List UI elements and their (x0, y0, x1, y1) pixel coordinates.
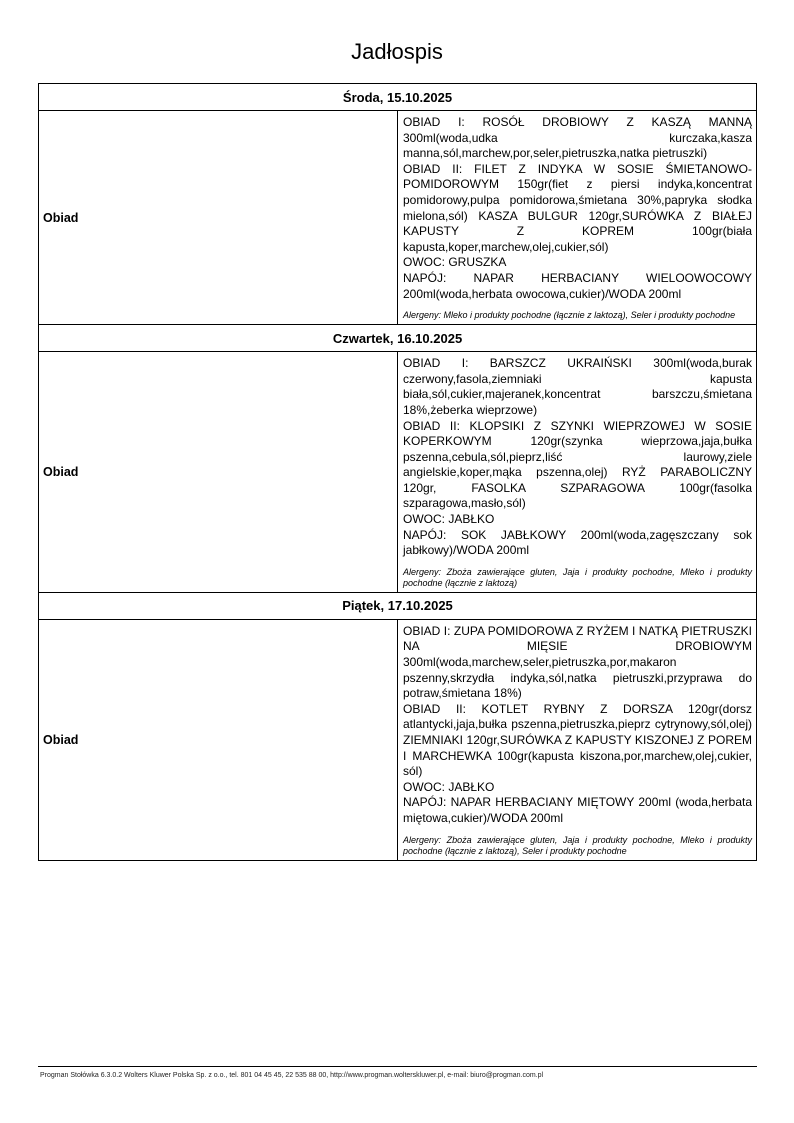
day-header-row: Czwartek, 16.10.2025 (39, 325, 757, 352)
dish-line: OBIAD II: KLOPSIKI Z SZYNKI WIEPRZOWEJ W… (403, 419, 752, 513)
meal-label: Obiad (39, 111, 398, 325)
dish-line: OWOC: GRUSZKA (403, 255, 752, 271)
day-header-row: Piątek, 17.10.2025 (39, 592, 757, 619)
dish-line: OBIAD II: FILET Z INDYKA W SOSIE ŚMIETAN… (403, 162, 752, 256)
meal-content: OBIAD I: ZUPA POMIDOROWA Z RYŻEM I NATKĄ… (398, 619, 757, 860)
day-header-row: Środa, 15.10.2025 (39, 84, 757, 111)
meal-label: Obiad (39, 619, 398, 860)
dish-line: OBIAD II: KOTLET RYBNY Z DORSZA 120gr(do… (403, 702, 752, 780)
dish-line: OBIAD I: BARSZCZ UKRAIŃSKI 300ml(woda,bu… (403, 356, 752, 418)
day-header: Środa, 15.10.2025 (39, 84, 757, 111)
dish-line: OBIAD I: ZUPA POMIDOROWA Z RYŻEM I NATKĄ… (403, 624, 752, 702)
day-header: Czwartek, 16.10.2025 (39, 325, 757, 352)
footer-text: Progman Stołówka 6.3.0.2 Wolters Kluwer … (40, 1072, 543, 1079)
footer-divider (38, 1066, 757, 1067)
meal-label: Obiad (39, 352, 398, 593)
dish-line: NAPÓJ: NAPAR HERBACIANY WIELOOWOCOWY 200… (403, 271, 752, 302)
allergens-note: Alergeny: Zboża zawierające gluten, Jaja… (403, 567, 752, 589)
meal-content: OBIAD I: BARSZCZ UKRAIŃSKI 300ml(woda,bu… (398, 352, 757, 593)
allergens-note: Alergeny: Mleko i produkty pochodne (łąc… (403, 310, 752, 321)
meal-content: OBIAD I: ROSÓŁ DROBIOWY Z KASZĄ MANNĄ 30… (398, 111, 757, 325)
day-header: Piątek, 17.10.2025 (39, 592, 757, 619)
meal-row: Obiad OBIAD I: ROSÓŁ DROBIOWY Z KASZĄ MA… (39, 111, 757, 325)
meal-row: Obiad OBIAD I: BARSZCZ UKRAIŃSKI 300ml(w… (39, 352, 757, 593)
dish-line: OWOC: JABŁKO (403, 512, 752, 528)
meal-row: Obiad OBIAD I: ZUPA POMIDOROWA Z RYŻEM I… (39, 619, 757, 860)
allergens-note: Alergeny: Zboża zawierające gluten, Jaja… (403, 835, 752, 857)
dish-line: OWOC: JABŁKO (403, 780, 752, 796)
dish-line: NAPÓJ: SOK JABŁKOWY 200ml(woda,zagęszcza… (403, 528, 752, 559)
page-title: Jadłospis (0, 38, 794, 66)
dish-line: NAPÓJ: NAPAR HERBACIANY MIĘTOWY 200ml (w… (403, 795, 752, 826)
menu-table: Środa, 15.10.2025 Obiad OBIAD I: ROSÓŁ D… (38, 83, 757, 861)
dish-line: OBIAD I: ROSÓŁ DROBIOWY Z KASZĄ MANNĄ 30… (403, 115, 752, 162)
